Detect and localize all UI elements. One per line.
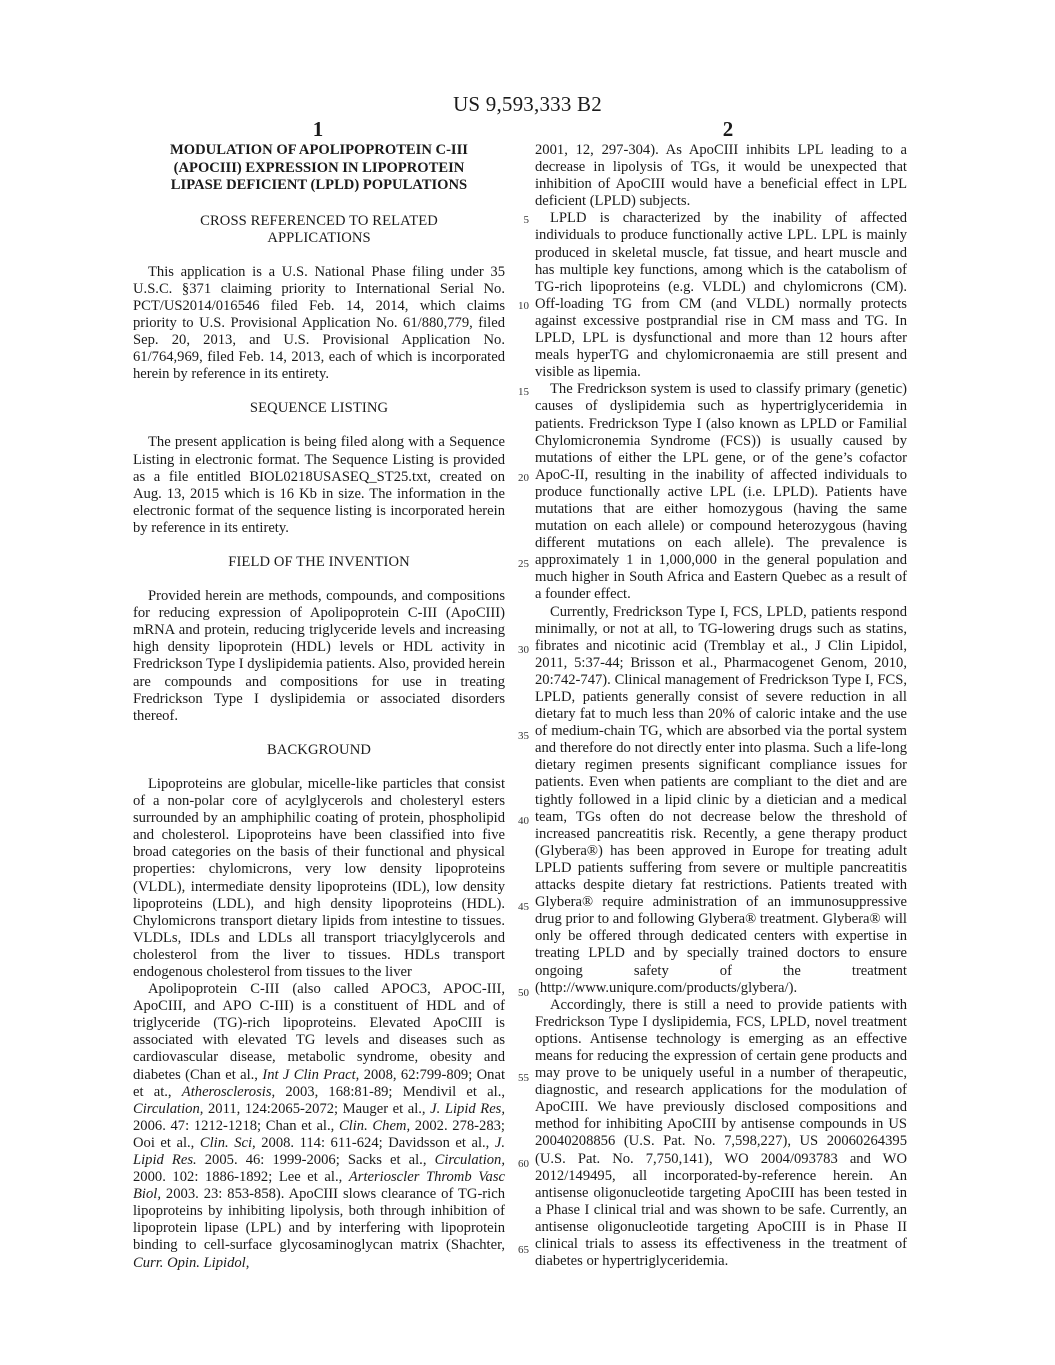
section-heading-background: BACKGROUND (133, 742, 505, 759)
paragraph-antisense-need: Accordingly, there is still a need to pr… (535, 997, 907, 1271)
column-number-left: 1 (133, 117, 503, 142)
citation-journal: Clin. Chem, (339, 1118, 410, 1134)
citation-journal: Clin. Sci, (200, 1135, 256, 1151)
paragraph-cross-reference: This application is a U.S. National Phas… (133, 264, 505, 384)
column-number-right: 2 (543, 117, 913, 142)
section-heading-field: FIELD OF THE INVENTION (133, 554, 505, 571)
paragraph-background-apociii: Apolipoprotein C-III (also called APOC3,… (133, 981, 505, 1272)
line-number: 15 (503, 386, 529, 398)
patent-number: US 9,593,333 B2 (0, 92, 1055, 117)
line-number: 20 (503, 472, 529, 484)
document-title: MODULATION OF APOLIPOPROTEIN C-III (APOC… (133, 142, 505, 195)
left-column: MODULATION OF APOLIPOPROTEIN C-III (APOC… (133, 142, 505, 1272)
paragraph-fredrickson-system: The Fredrickson system is used to classi… (535, 381, 907, 603)
citation-journal: Atherosclerosis, (182, 1084, 275, 1100)
paragraph-lpld-definition: LPLD is characterized by the inability o… (535, 210, 907, 381)
line-number: 40 (503, 815, 529, 827)
citation-journal: Curr. Opin. Lipidol, (133, 1255, 249, 1271)
citation-journal: Circulation, (435, 1152, 505, 1168)
paragraph-background-lipoproteins: Lipoproteins are globular, micelle-like … (133, 776, 505, 981)
section-heading-sequence-listing: SEQUENCE LISTING (133, 400, 505, 417)
line-number: 65 (503, 1244, 529, 1256)
paragraph-field: Provided herein are methods, compounds, … (133, 588, 505, 725)
line-number: 60 (503, 1158, 529, 1170)
line-number: 30 (503, 644, 529, 656)
paragraph-continuation: 2001, 12, 297-304). As ApoCIII inhibits … (535, 142, 907, 210)
citation-journal: Int J Clin Pract, (262, 1067, 359, 1083)
line-number: 55 (503, 1072, 529, 1084)
line-number: 35 (503, 730, 529, 742)
paragraph-sequence-listing: The present application is being filed a… (133, 434, 505, 537)
line-number: 10 (503, 300, 529, 312)
line-number: 45 (503, 901, 529, 913)
citation-journal: Circulation, (133, 1101, 203, 1117)
paragraph-current-treatment: Currently, Fredrickson Type I, FCS, LPLD… (535, 604, 907, 997)
line-number: 50 (503, 987, 529, 999)
line-number: 25 (503, 558, 529, 570)
right-column: 2001, 12, 297-304). As ApoCIII inhibits … (535, 142, 907, 1270)
citation-journal: J. Lipid Res, (430, 1101, 505, 1117)
line-number: 5 (503, 214, 529, 226)
section-heading-cross-reference: CROSS REFERENCED TO RELATED APPLICATIONS (133, 213, 505, 247)
